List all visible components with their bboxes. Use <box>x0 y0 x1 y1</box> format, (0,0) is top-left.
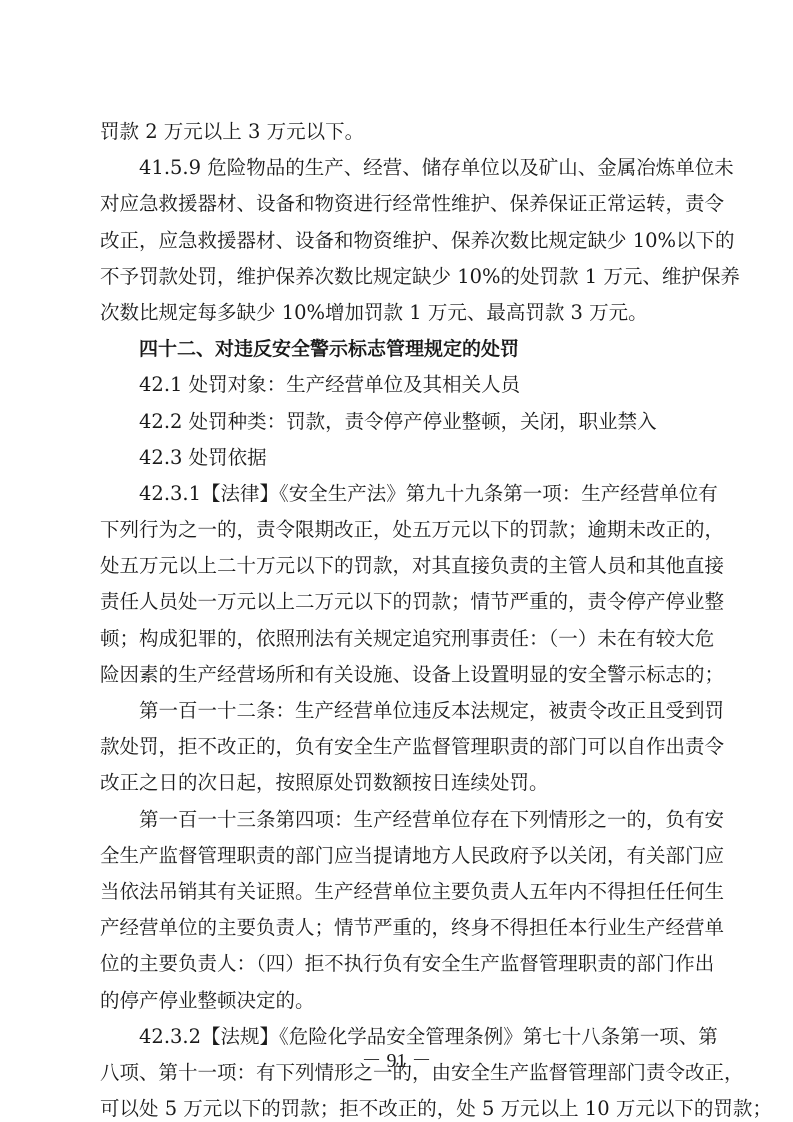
text-line: 可以处 5 万元以下的罚款；拒不改正的，处 5 万元以上 10 万元以下的罚款； <box>100 1091 683 1122</box>
text-line: 当依法吊销其有关证照。生产经营单位主要负责人五年内不得担任任何生 <box>100 874 683 910</box>
text-line: 改正，应急救援器材、设备和物资维护、保养次数比规定缺少 10%以下的 <box>100 223 683 259</box>
item-42-3: 42.3 处罚依据 <box>100 440 683 476</box>
paragraph-article-113: 第一百一十三条第四项：生产经营单位存在下列情形之一的，负有安 全生产监督管理职责… <box>100 802 683 1019</box>
item-42-2: 42.2 处罚种类：罚款，责令停产停业整顿，关闭，职业禁入 <box>100 404 683 440</box>
text-line: 改正之日的次日起，按照原处罚数额按日连续处罚。 <box>100 765 683 801</box>
section-heading-42: 四十二、对违反安全警示标志管理规定的处罚 <box>100 331 683 367</box>
paragraph-41-5-9: 41.5.9 危险物品的生产、经营、储存单位以及矿山、金属冶炼单位未 对应急救援… <box>100 150 683 331</box>
text-line: 下列行为之一的，责令限期改正，处五万元以下的罚款；逾期未改正的， <box>100 512 683 548</box>
paragraph-42-3-1: 42.3.1【法律】《安全生产法》第九十九条第一项：生产经营单位有 下列行为之一… <box>100 476 683 693</box>
text-line: 41.5.9 危险物品的生产、经营、储存单位以及矿山、金属冶炼单位未 <box>100 150 683 186</box>
text-line: 险因素的生产经营场所和有关设施、设备上设置明显的安全警示标志的； <box>100 657 683 693</box>
text-line: 不予罚款处罚，维护保养次数比规定缺少 10%的处罚款 1 万元、维护保养 <box>100 259 683 295</box>
text-line: 款处罚，拒不改正的，负有安全生产监督管理职责的部门可以自作出责令 <box>100 729 683 765</box>
document-page: 罚款 2 万元以上 3 万元以下。 41.5.9 危险物品的生产、经营、储存单位… <box>100 114 683 1122</box>
text-line: 对应急救援器材、设备和物资进行经常性维护、保养保证正常运转，责令 <box>100 186 683 222</box>
text-line: 顿；构成犯罪的，依照刑法有关规定追究刑事责任：（一）未在有较大危 <box>100 621 683 657</box>
item-42-1: 42.1 处罚对象：生产经营单位及其相关人员 <box>100 367 683 403</box>
paragraph-continuation: 罚款 2 万元以上 3 万元以下。 <box>100 114 683 150</box>
text-line: 第一百一十三条第四项：生产经营单位存在下列情形之一的，负有安 <box>100 802 683 838</box>
text-line: 责任人员处一万元以上二万元以下的罚款；情节严重的，责令停产停业整 <box>100 584 683 620</box>
text-line: 第一百一十二条：生产经营单位违反本法规定，被责令改正且受到罚 <box>100 693 683 729</box>
text-line: 处五万元以上二十万元以下的罚款，对其直接负责的主管人员和其他直接 <box>100 548 683 584</box>
text-line: 产经营单位的主要负责人；情节严重的，终身不得担任本行业生产经营单 <box>100 910 683 946</box>
text-line: 42.3.1【法律】《安全生产法》第九十九条第一项：生产经营单位有 <box>100 476 683 512</box>
text-line: 的停产停业整顿决定的。 <box>100 983 683 1019</box>
text-line: 全生产监督管理职责的部门应当提请地方人民政府予以关闭，有关部门应 <box>100 838 683 874</box>
paragraph-article-112: 第一百一十二条：生产经营单位违反本法规定，被责令改正且受到罚 款处罚，拒不改正的… <box>100 693 683 802</box>
page-number: － 91 － <box>0 1044 793 1073</box>
text-line: 次数比规定每多缺少 10%增加罚款 1 万元、最高罚款 3 万元。 <box>100 295 683 331</box>
text-line: 位的主要负责人：（四）拒不执行负有安全生产监督管理职责的部门作出 <box>100 946 683 982</box>
